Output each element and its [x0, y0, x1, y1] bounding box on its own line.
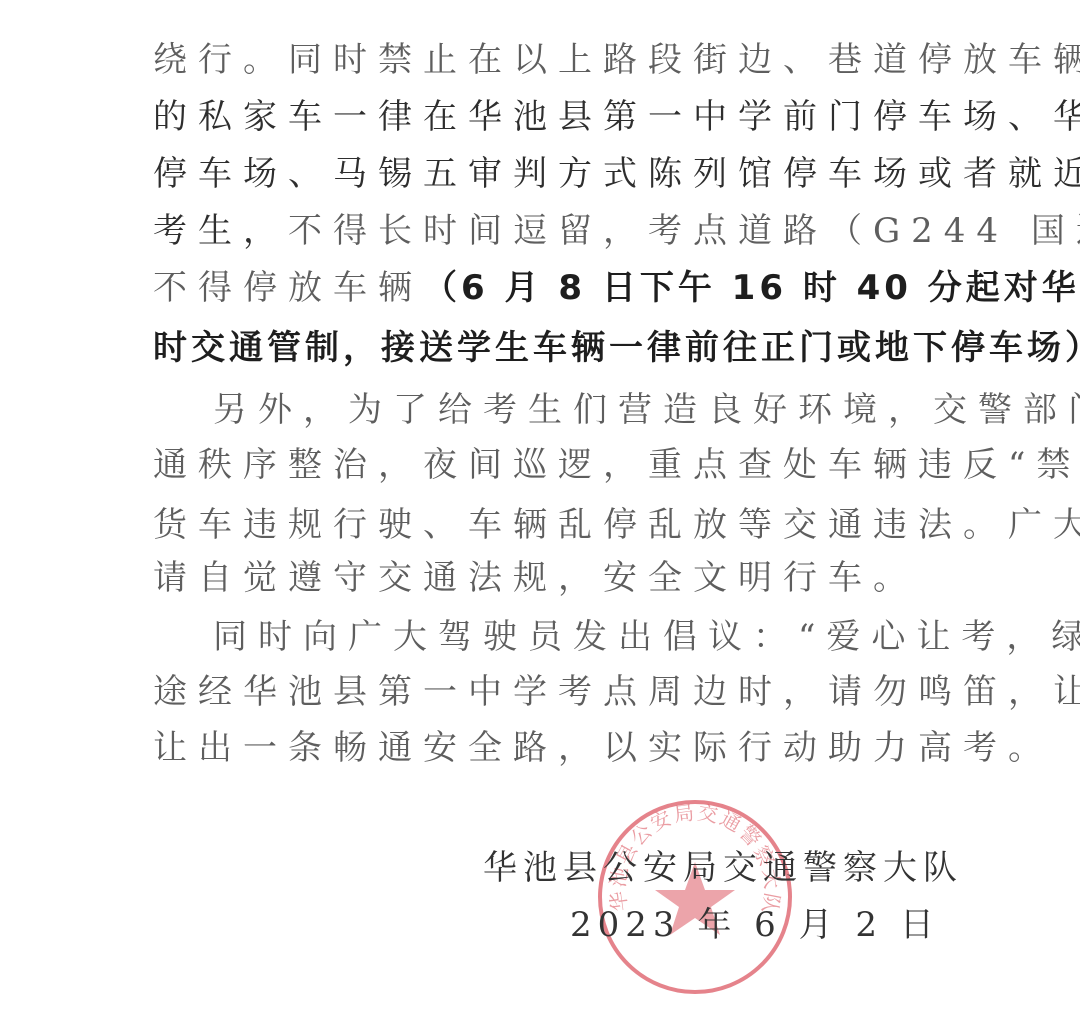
- text-run: 同时向广大驾驶员发出倡议：“爱心让考，绿色出行”，: [213, 617, 1080, 657]
- text-run: 考生，: [153, 211, 288, 251]
- text-run: 绕行。同时禁止在以上路段街边、巷道停放车辆，: [153, 40, 1080, 80]
- text-line-4: 考生，不得长时间逗留，考点道路（G244 国道乌江线）两侧: [153, 211, 933, 251]
- text-run: 通秩序整治，夜间巡逻，重点查处车辆违反“禁鸣”规定、: [153, 445, 1080, 485]
- star-icon: 华池县公安局交通警察大队: [598, 800, 792, 994]
- document-page: 绕行。同时禁止在以上路段街边、巷道停放车辆，接送考生 的私家车一律在华池县第一中…: [0, 0, 1080, 1012]
- text-run: 不得长时间逗留，考点道路（G244 国道乌江线）两侧: [288, 211, 1080, 251]
- text-line-9: 货车违规行驶、车辆乱停乱放等交通违法。广大驾驶员朋友: [153, 505, 933, 545]
- text-line-7: 另外，为了给考生们营造良好环境，交警部门将加强交: [213, 390, 993, 430]
- text-line-1: 绕行。同时禁止在以上路段街边、巷道停放车辆，接送考生: [153, 40, 933, 80]
- text-run: 途经华池县第一中学考点周边时，请勿鸣笛，让我们安静地: [153, 672, 1080, 712]
- text-line-10: 请自觉遵守交通法规，安全文明行车。: [153, 558, 933, 598]
- text-line-8: 通秩序整治，夜间巡逻，重点查处车辆违反“禁鸣”规定、: [153, 445, 933, 485]
- text-line-5: 不得停放车辆（6 月 8 日下午 16 时 40 分起对华池一中后门实行临: [153, 268, 933, 308]
- text-run: 请自觉遵守交通法规，安全文明行车。: [153, 558, 918, 598]
- text-run: 不得停放车辆: [153, 268, 423, 308]
- official-seal: 华池县公安局交通警察大队: [598, 800, 792, 994]
- text-line-13: 让出一条畅通安全路，以实际行动助力高考。: [153, 728, 933, 768]
- text-line-11: 同时向广大驾驶员发出倡议：“爱心让考，绿色出行”，: [213, 617, 993, 657]
- text-run: 停车场、马锡五审判方式陈列馆停车场或者就近停车场接送: [153, 154, 1080, 194]
- signature-date: 2023 年 6 月 2 日: [570, 905, 940, 945]
- text-run: 货车违规行驶、车辆乱停乱放等交通违法。广大驾驶员朋友: [153, 505, 1080, 545]
- text-run: 的私家车一律在华池县第一中学前门停车场、华池一中地下: [153, 97, 1080, 137]
- text-line-12: 途经华池县第一中学考点周边时，请勿鸣笛，让我们安静地: [153, 672, 933, 712]
- text-line-6: 时交通管制，接送学生车辆一律前往正门或地下停车场）。: [153, 328, 933, 368]
- text-run-bold: （6 月 8 日下午 16 时 40 分起对华池一中后门实行临: [423, 268, 1080, 308]
- text-run-bold: 时交通管制，接送学生车辆一律前往正门或地下停车场）。: [153, 328, 1080, 368]
- signature-organization: 华池县公安局交通警察大队: [483, 848, 963, 888]
- text-run: 让出一条畅通安全路，以实际行动助力高考。: [153, 728, 1053, 768]
- text-run: 另外，为了给考生们营造良好环境，交警部门将加强交: [213, 390, 1080, 430]
- text-line-3: 停车场、马锡五审判方式陈列馆停车场或者就近停车场接送: [153, 154, 933, 194]
- text-line-2: 的私家车一律在华池县第一中学前门停车场、华池一中地下: [153, 97, 933, 137]
